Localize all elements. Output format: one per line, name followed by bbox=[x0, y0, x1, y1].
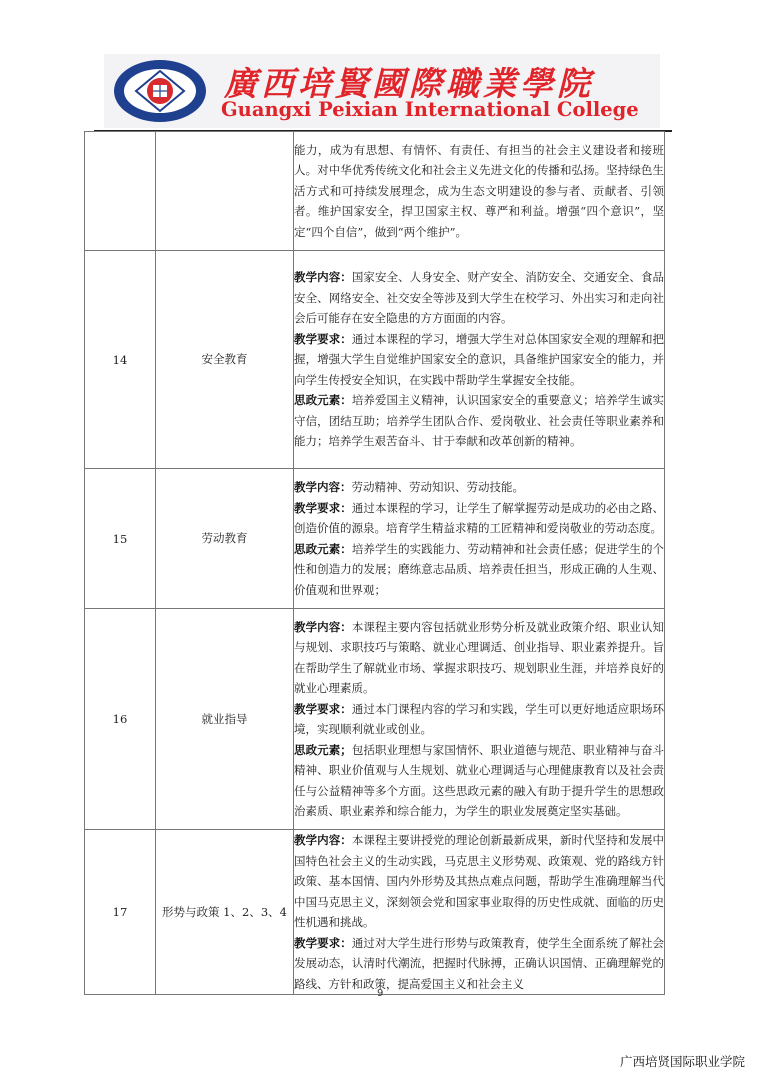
teaching-requirements: 教学要求：通过对大学生进行形势与政策教育，使学生全面系统了解社会发展动态，认清时… bbox=[294, 933, 664, 995]
teaching-content: 教学内容：国家安全、人身安全、财产安全、消防安全、交通安全、食品安全、网络安全、… bbox=[294, 267, 664, 329]
description-paragraph: 能力，成为有思想、有情怀、有责任、有担当的社会主义建设者和接班人。对中华优秀传统… bbox=[294, 140, 664, 243]
table-row: 15 劳动教育 教学内容：劳动精神、劳动知识、劳动技能。 教学要求：通过本课程的… bbox=[85, 469, 665, 609]
course-number-cell: 17 bbox=[85, 830, 156, 995]
page-number: 9 bbox=[377, 988, 383, 999]
college-name-en: Guangxi Peixian International College bbox=[221, 98, 639, 121]
course-name-cell: 劳动教育 bbox=[156, 469, 294, 609]
college-header-banner: 廣西培賢國際職業學院 Guangxi Peixian International… bbox=[104, 54, 660, 128]
course-name-cell bbox=[156, 132, 294, 251]
table-row: 能力，成为有思想、有情怀、有责任、有担当的社会主义建设者和接班人。对中华优秀传统… bbox=[85, 132, 665, 251]
college-logo-icon bbox=[112, 58, 208, 124]
course-name-cell: 安全教育 bbox=[156, 251, 294, 469]
course-number-cell: 15 bbox=[85, 469, 156, 609]
teaching-requirements: 教学要求：通过本课程的学习，增强大学生对总体国家安全观的理解和把握，增强大学生自… bbox=[294, 329, 664, 391]
teaching-content: 教学内容：劳动精神、劳动知识、劳动技能。 bbox=[294, 477, 664, 498]
course-description-cell: 教学内容：劳动精神、劳动知识、劳动技能。 教学要求：通过本课程的学习，让学生了解… bbox=[294, 469, 665, 609]
table-row: 17 形势与政策 1、2、3、4 教学内容：本课程主要讲授党的理论创新最新成果，… bbox=[85, 830, 665, 995]
course-number-cell: 14 bbox=[85, 251, 156, 469]
footer-org-name: 广西培贤国际职业学院 bbox=[620, 1052, 745, 1070]
course-number-cell bbox=[85, 132, 156, 251]
course-name-cell: 就业指导 bbox=[156, 609, 294, 830]
table-row: 16 就业指导 教学内容：本课程主要内容包括就业形势分析及就业政策介绍、职业认知… bbox=[85, 609, 665, 830]
course-name-cell: 形势与政策 1、2、3、4 bbox=[156, 830, 294, 995]
course-description-cell: 教学内容：本课程主要内容包括就业形势分析及就业政策介绍、职业认知与规划、求职技巧… bbox=[294, 609, 665, 830]
table-row: 14 安全教育 教学内容：国家安全、人身安全、财产安全、消防安全、交通安全、食品… bbox=[85, 251, 665, 469]
teaching-requirements: 教学要求：通过本课程的学习，让学生了解掌握劳动是成功的必由之路、创造价值的源泉。… bbox=[294, 498, 664, 539]
course-table: 能力，成为有思想、有情怀、有责任、有担当的社会主义建设者和接班人。对中华优秀传统… bbox=[84, 131, 665, 995]
teaching-content: 教学内容：本课程主要内容包括就业形势分析及就业政策介绍、职业认知与规划、求职技巧… bbox=[294, 617, 664, 699]
course-description-cell: 教学内容：国家安全、人身安全、财产安全、消防安全、交通安全、食品安全、网络安全、… bbox=[294, 251, 665, 469]
teaching-requirements: 教学要求：通过本门课程内容的学习和实践，学生可以更好地适应职场环境，实现顺利就业… bbox=[294, 699, 664, 740]
course-number-cell: 16 bbox=[85, 609, 156, 830]
teaching-content: 教学内容：本课程主要讲授党的理论创新最新成果，新时代坚持和发展中国特色社会主义的… bbox=[294, 830, 664, 933]
ideological-elements: 思政元素；包括职业理想与家国情怀、职业道德与规范、职业精神与奋斗精神、职业价值观… bbox=[294, 740, 664, 822]
ideological-elements: 思政元素：培养爱国主义精神，认识国家安全的重要意义；培养学生诚实守信，团结互助；… bbox=[294, 390, 664, 452]
ideological-elements: 思政元素：培养学生的实践能力、劳动精神和社会责任感；促进学生的个性和创造力的发展… bbox=[294, 539, 664, 601]
course-description-cell: 能力，成为有思想、有情怀、有责任、有担当的社会主义建设者和接班人。对中华优秀传统… bbox=[294, 132, 665, 251]
course-description-cell: 教学内容：本课程主要讲授党的理论创新最新成果，新时代坚持和发展中国特色社会主义的… bbox=[294, 830, 665, 995]
